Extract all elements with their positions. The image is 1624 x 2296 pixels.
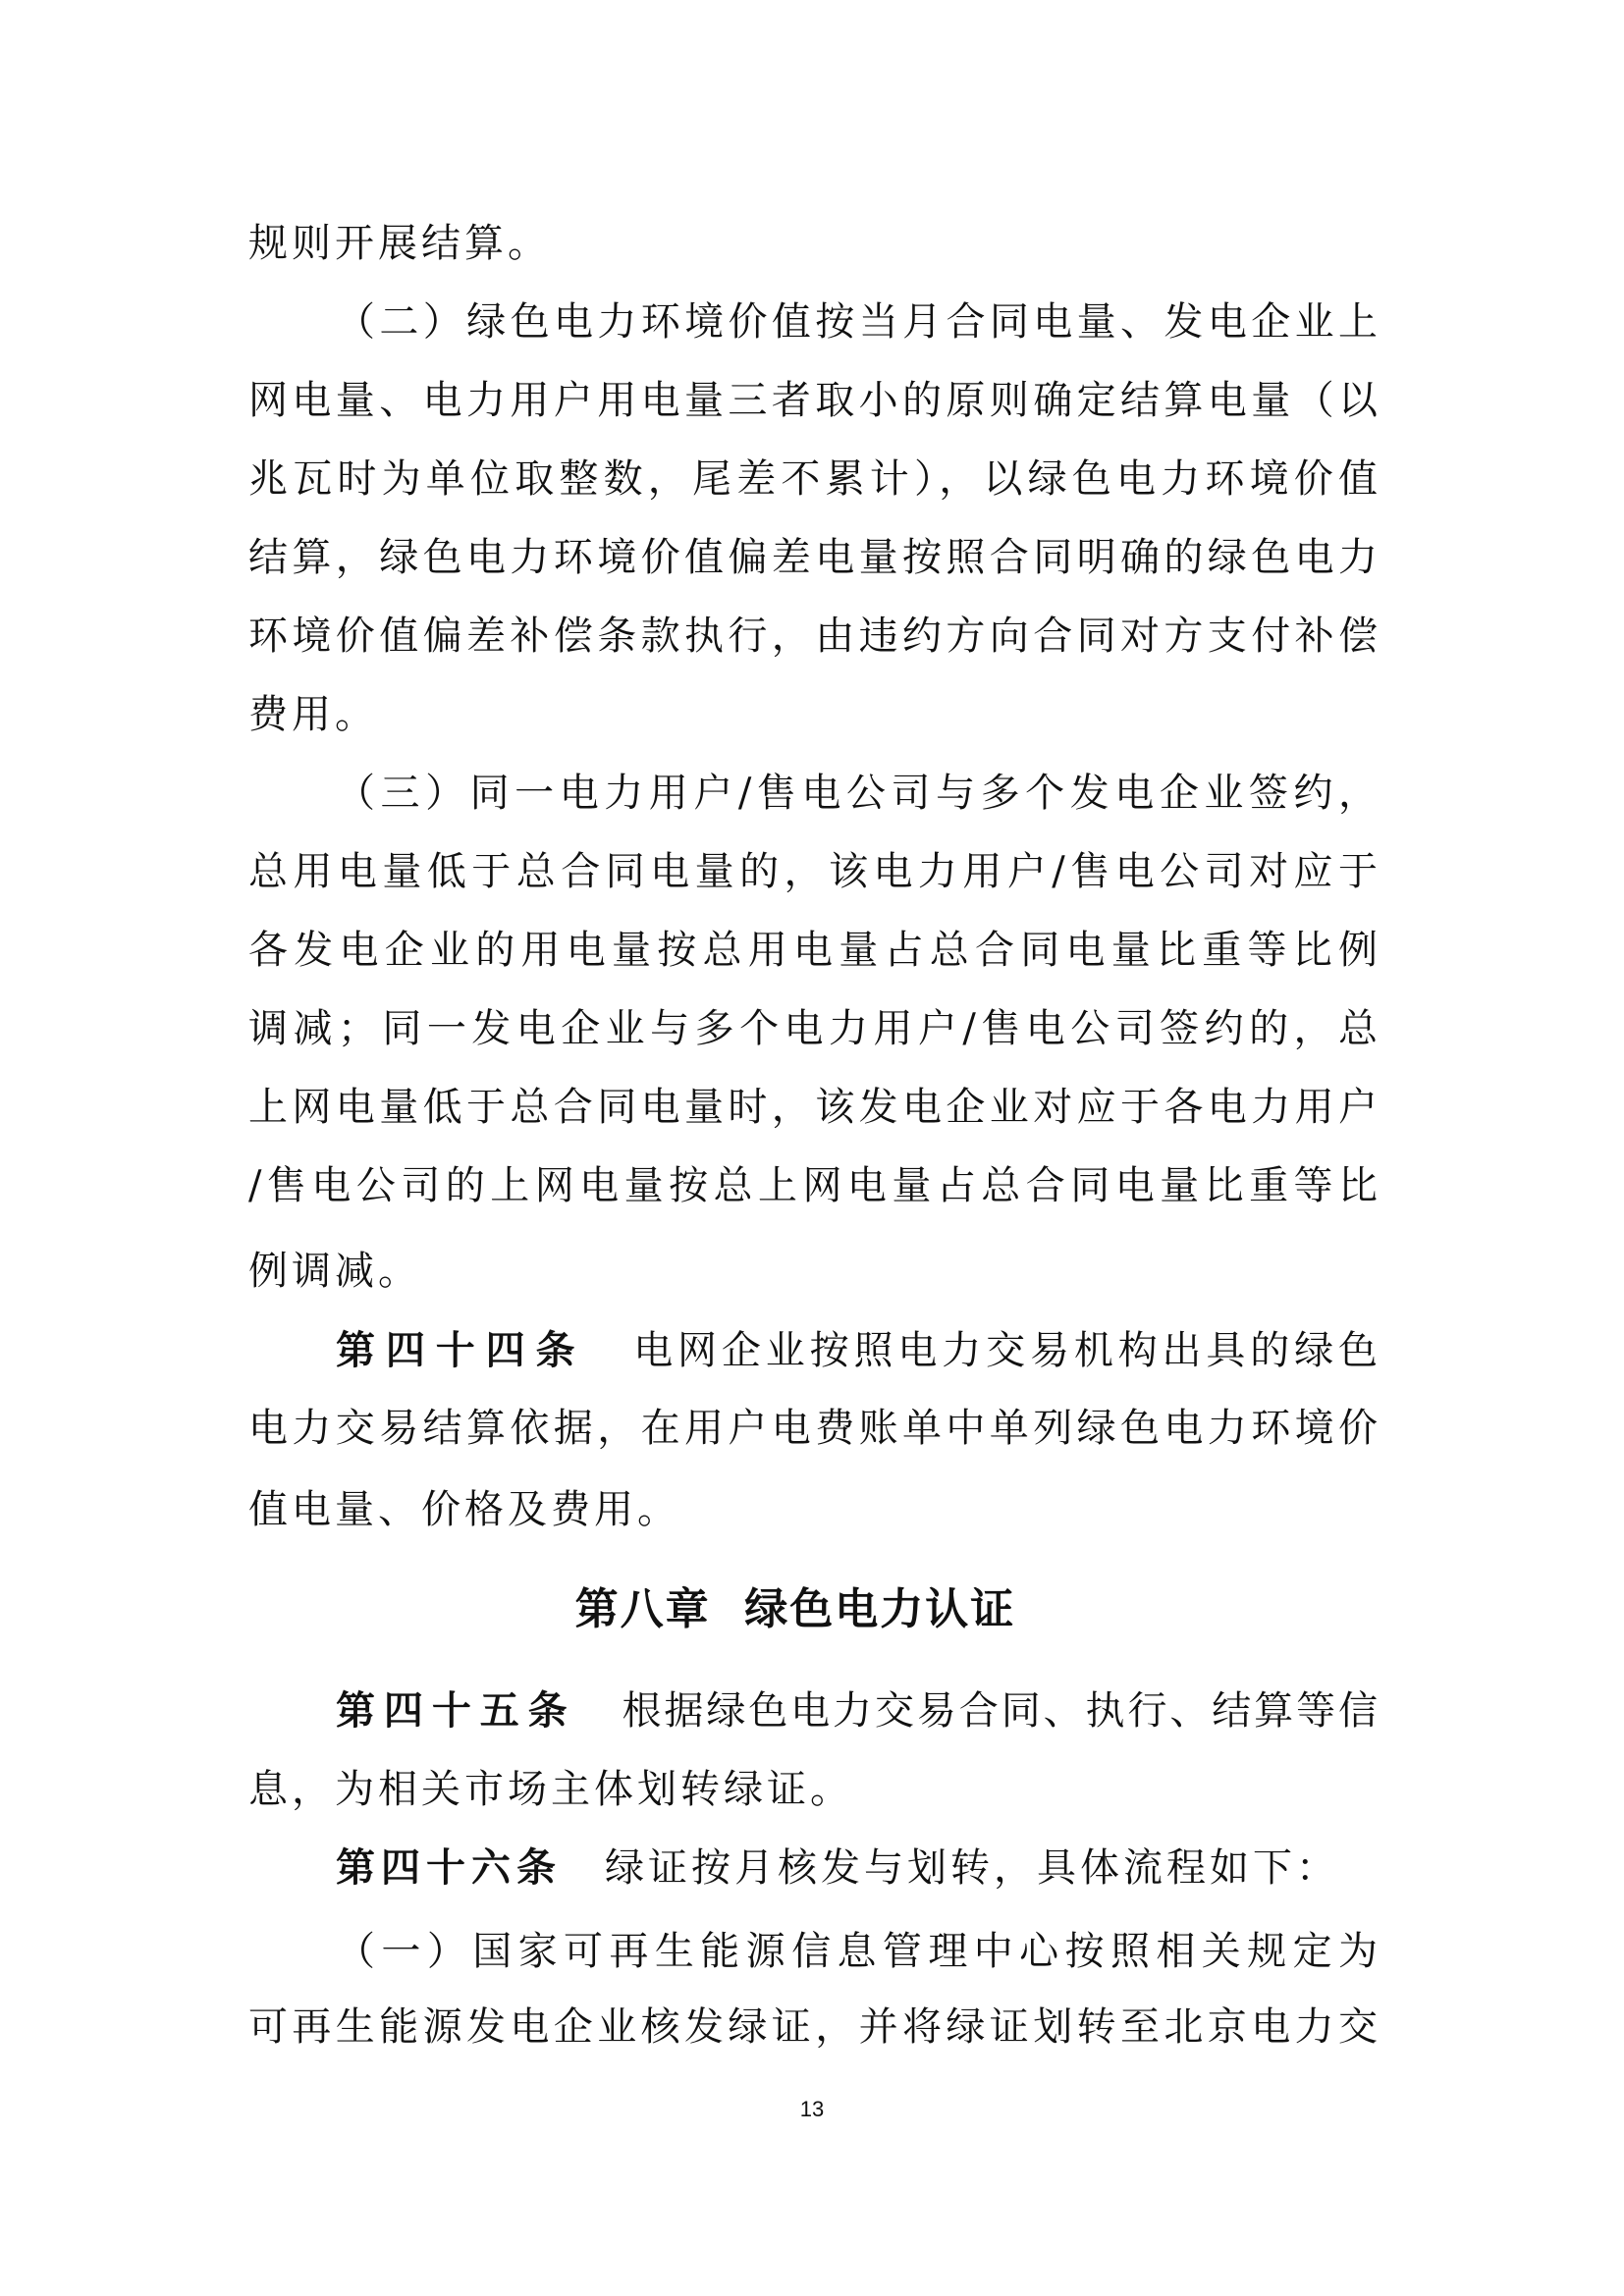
article-44-first-line: 第四十四条电网企业按照电力交易机构出具的绿色 [336,1321,1378,1380]
article-44-text: 电网企业按照电力交易机构出具的绿色 [628,1328,1378,1373]
paragraph-line: 上网电量低于总合同电量时，该发电企业对应于各电力用户 [248,1078,1378,1137]
article-45-first-line: 第四十五条根据绿色电力交易合同、执行、结算等信 [336,1682,1378,1740]
paragraph-line: 调减；同一发电企业与多个电力用户/售电公司签约的，总 [248,999,1378,1058]
paragraph-line: /售电公司的上网电量按总上网电量占总合同电量比重等比 [248,1156,1378,1215]
paragraph-line: 兆瓦时为单位取整数，尾差不累计），以绿色电力环境价值 [248,450,1378,508]
paragraph-line: 各发电企业的用电量按总用电量占总合同电量比重等比例 [248,921,1378,980]
chapter-heading: 第八章 绿色电力认证 [0,1580,1591,1639]
paragraph-line: 总用电量低于总合同电量的，该电力用户/售电公司对应于 [248,842,1378,901]
article-45-text: 根据绿色电力交易合同、执行、结算等信 [620,1688,1378,1734]
article-46-first-line: 第四十六条绿证按月核发与划转，具体流程如下： [336,1839,1378,1897]
paragraph-line: 结算，绿色电力环境价值偏差电量按照合同明确的绿色电力 [248,528,1378,587]
paragraph-line: 可再生能源发电企业核发绿证，并将绿证划转至北京电力交 [248,1998,1378,2056]
article-45-label: 第四十五条 [336,1688,576,1734]
paragraph-line: （三）同一电力用户/售电公司与多个发电企业签约， [336,764,1378,823]
paragraph-line: （一）国家可再生能源信息管理中心按照相关规定为 [336,1922,1378,1981]
page-number: 13 [0,2097,1624,2122]
paragraph-line: 环境价值偏差补偿条款执行，由违约方向合同对方支付补偿 [248,607,1378,666]
paragraph-line: （二）绿色电力环境价值按当月合同电量、发电企业上 [336,293,1378,351]
paragraph-line: 规则开展结算。 [248,214,1378,273]
article-46-text: 绿证按月核发与划转，具体流程如下： [605,1845,1339,1891]
paragraph-line: 费用。 [248,685,1378,744]
paragraph-line: 息，为相关市场主体划转绿证。 [248,1760,1378,1819]
paragraph-line: 网电量、电力用户用电量三者取小的原则确定结算电量（以 [248,371,1378,430]
paragraph-line: 电力交易结算依据，在用户电费账单中单列绿色电力环境价 [248,1399,1378,1458]
document-page: 规则开展结算。 （二）绿色电力环境价值按当月合同电量、发电企业上 网电量、电力用… [0,0,1624,2296]
paragraph-line: 值电量、价格及费用。 [248,1480,1378,1539]
paragraph-line: 例调减。 [248,1242,1378,1301]
article-46-label: 第四十六条 [336,1845,562,1891]
article-44-label: 第四十四条 [336,1328,585,1373]
